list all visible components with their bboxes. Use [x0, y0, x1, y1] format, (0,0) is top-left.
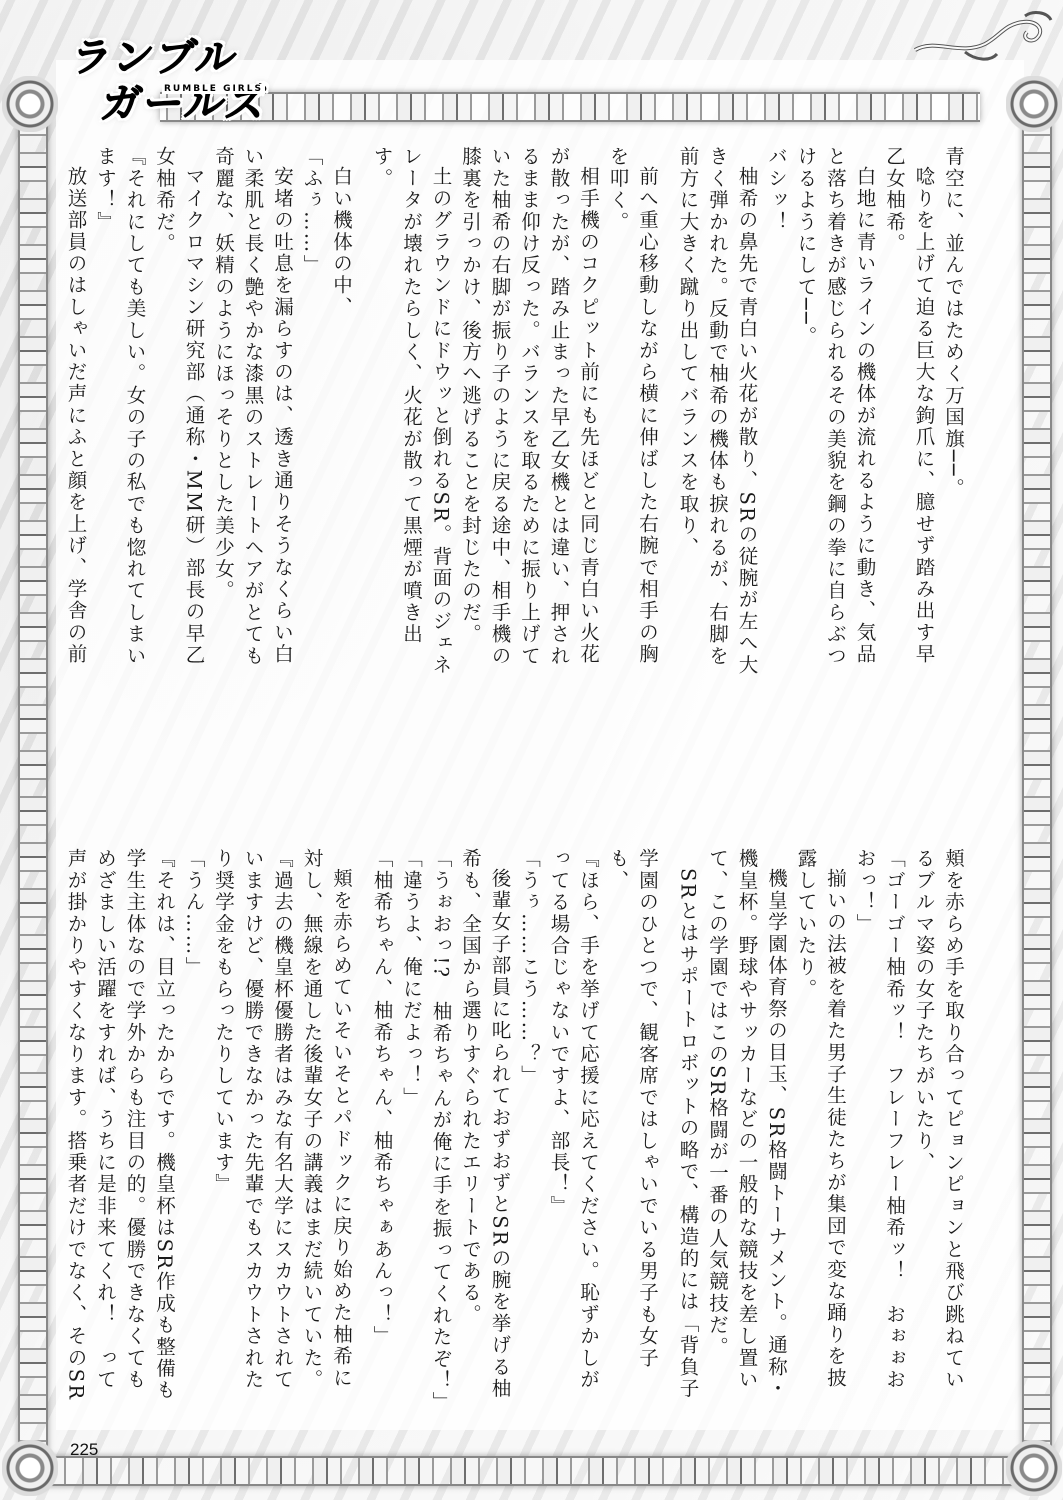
- paragraph: 白い機体の中、: [327, 146, 357, 676]
- logo-title-line-2: ガールズ: [98, 72, 272, 129]
- paragraph: 「うぉおっ!? 柚希ちゃんが俺に手を振ってくれたぞ！」: [426, 848, 456, 1404]
- paragraph: 相手機のコクピット前にも先ほどと同じ青白い火花が散ったが、踏み止まった早乙女機と…: [456, 146, 604, 676]
- paragraph: 学園のひとつで、観客席ではしゃいでいる男子も女子も、: [603, 848, 662, 1404]
- page-number: 225: [70, 1440, 98, 1460]
- paragraph: 揃いの法被を着た男子生徒たちが集団で変な踊りを披露していたり。: [791, 848, 850, 1404]
- series-logo: ランブル ガールズ RUMBLE GIRLS: [62, 22, 292, 122]
- paragraph: 「柚希ちゃん、柚希ちゃん、柚希ちゃぁあんっ！」: [368, 848, 397, 1404]
- scroll-flourish-icon: [905, 8, 1055, 68]
- text-block-top-left: 白い機体の中、「ふぅ……」安堵の吐息を漏らすのは、透き通りそうなくらい白い柔肌と…: [62, 146, 356, 676]
- text-block-bottom-left: 頬を赤らめていそいそとパドックに戻り始めた柚希に対し、無線を通した後輩女子の講義…: [62, 848, 356, 1404]
- text-block-bottom-right: 頬を赤らめ手を取り合ってピョンピョンと飛び跳ねているブルマ姿の女子たちがいたり、…: [674, 848, 968, 1404]
- text-block-top-middle: 前へ重心移動しながら横に伸ばした右腕で相手の胸を叩く。相手機のコクピット前にも先…: [368, 146, 662, 676]
- ornament-corner-top-right: [1006, 76, 1062, 132]
- paragraph: 青空に、並んではためく万国旗──。: [939, 146, 969, 676]
- paragraph: バシッ！: [762, 146, 792, 676]
- paragraph: 白地に青いラインの機体が流れるように動き、気品と落ち着きが感じられるその美貌を鋼…: [791, 146, 880, 676]
- ornamental-border-bottom: [30, 1456, 1030, 1486]
- paragraph: 『過去の機皇杯優勝者はみな有名大学にスカウトされていますけど、優勝できなかった先…: [209, 848, 298, 1404]
- paragraph: 『それにしても美しい。女の子の私でも惚れてしまいます！』: [91, 146, 150, 676]
- paragraph: 唸りを上げて迫る巨大な鉤爪に、臆せず踏み出す早乙女柚希。: [880, 146, 939, 676]
- logo-subtitle: RUMBLE GIRLS: [162, 84, 265, 94]
- text-block-bottom-middle: 学園のひとつで、観客席ではしゃいでいる男子も女子も、『ほら、手を挙げて応援に応え…: [368, 848, 662, 1404]
- paragraph: 機皇学園体育祭の目玉、SR格闘トーナメント。通称・機皇杯。野球やサッカーなどの一…: [703, 848, 792, 1404]
- paragraph: 『ほら、手を挙げて応援に応えてください。恥ずかしがってる場合じゃないですよ、部長…: [544, 848, 603, 1404]
- paragraph: 「うぅ……こう……？」: [515, 848, 545, 1404]
- paragraph: 「ふぅ……」: [297, 146, 327, 676]
- ornament-corner-top-left: [2, 76, 58, 132]
- text-tier-bottom: 頬を赤らめ手を取り合ってピョンピョンと飛び跳ねているブルマ姿の女子たちがいたり、…: [62, 848, 968, 1404]
- paragraph: 後輩女子部員に叱られておずおずとSRの腕を挙げる柚希も、全国から選りすぐられたエ…: [456, 848, 515, 1404]
- text-tier-top: 青空に、並んではためく万国旗──。唸りを上げて迫る巨大な鉤爪に、臆せず踏み出す早…: [62, 146, 968, 676]
- paragraph: 安堵の吐息を漏らすのは、透き通りそうなくらい白い柔肌と長く艶やかな漆黒のストレー…: [209, 146, 298, 676]
- paragraph: 頬を赤らめ手を取り合ってピョンピョンと飛び跳ねているブルマ姿の女子たちがいたり、: [909, 848, 968, 1404]
- ornament-corner-bottom-left: [2, 1440, 58, 1496]
- paragraph: 頬を赤らめていそいそとパドックに戻り始めた柚希に対し、無線を通した後輩女子の講義…: [297, 848, 356, 1404]
- paragraph: 「ゴーゴー柚希ッ！ フレーフレー柚希ッ！ おぉぉおおっ！」: [850, 848, 909, 1404]
- paragraph: マイクロマシン研究部（通称・MM研）部長の早乙女柚希だ。: [150, 146, 209, 676]
- paragraph: 放送部員のはしゃいだ声にふと顔を上げ、学舎の前のステージ上、高さ五メートルもある…: [62, 146, 91, 676]
- paragraph: 『それは、目立ったからです。機皇杯はSR作成も整備も学生主体なので学外からも注目…: [62, 848, 179, 1404]
- text-block-top-right: 青空に、並んではためく万国旗──。唸りを上げて迫る巨大な鉤爪に、臆せず踏み出す早…: [674, 146, 968, 676]
- paragraph: SRとはサポートロボットの略で、構造的には「背負子から腕を生やした座席つき竹馬」…: [674, 848, 703, 1404]
- paragraph: 「うん……」: [179, 848, 209, 1404]
- paragraph: 柚希の鼻先で青白い火花が散り、SRの従腕が左へ大きく弾かれた。反動で柚希の機体も…: [674, 146, 762, 676]
- paragraph: 前へ重心移動しながら横に伸ばした右腕で相手の胸を叩く。: [603, 146, 662, 676]
- paragraph: 土のグラウンドにドウッと倒れるSR。背面のジェネレータが壊れたらしく、火花が散っ…: [368, 146, 456, 676]
- ornament-corner-bottom-right: [1006, 1440, 1062, 1496]
- ornamental-border-left: [18, 100, 48, 1470]
- ornamental-border-right: [1022, 100, 1052, 1470]
- paragraph: 「違うよ、俺にだよっ！」: [397, 848, 427, 1404]
